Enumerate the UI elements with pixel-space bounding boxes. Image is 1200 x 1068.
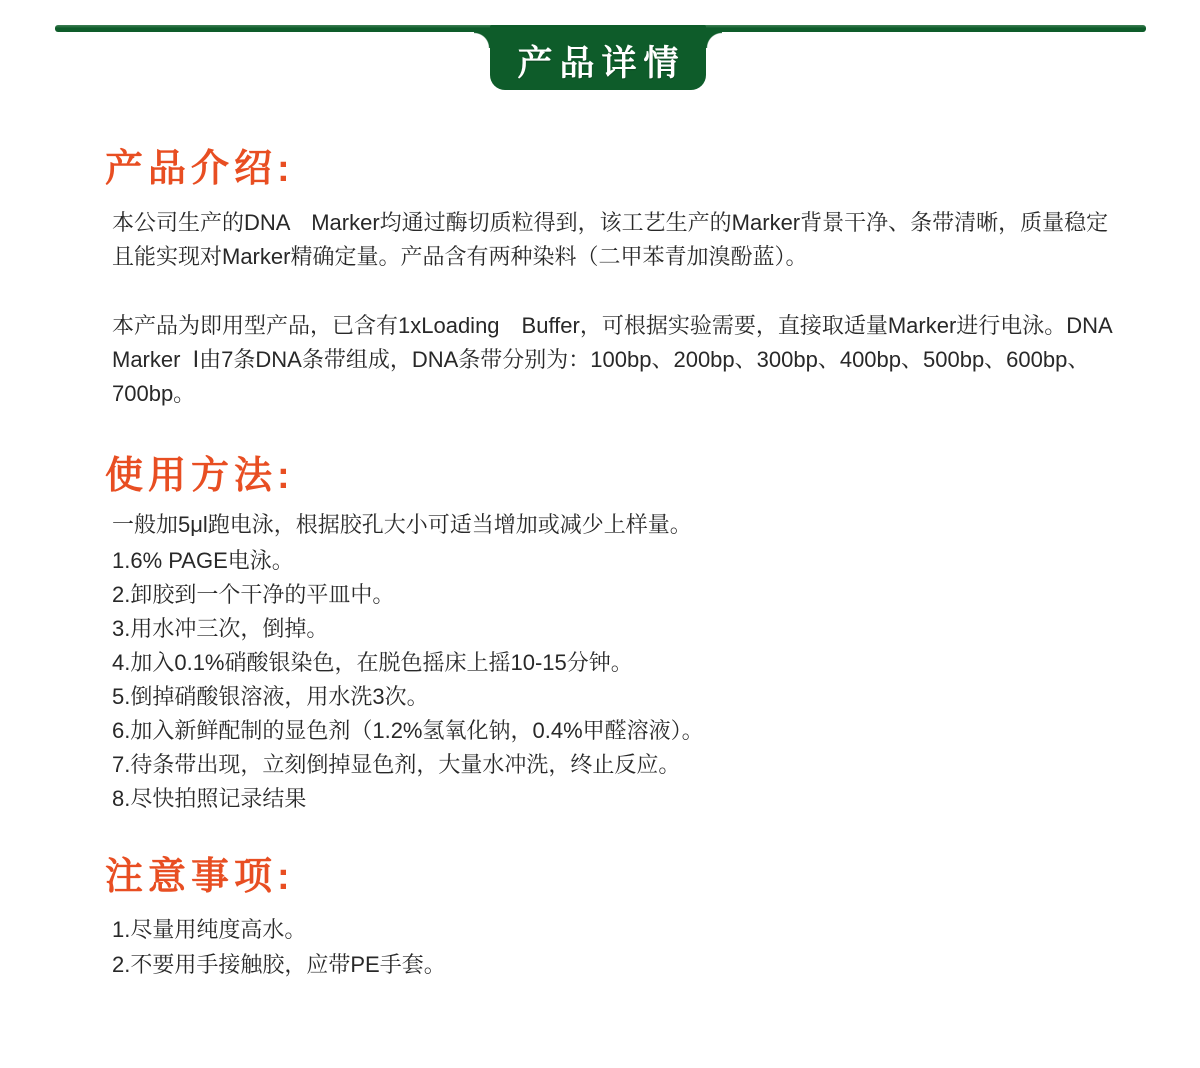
usage-step-7: 7.待条带出现，立刻倒掉显色剂，大量水冲洗，终止反应。 (112, 748, 1115, 782)
usage-step-5: 5.倒掉硝酸银溶液，用水洗3次。 (112, 680, 1115, 714)
product-detail-content: 产品介绍: 本公司生产的DNA Marker均通过酶切质粒得到，该工艺生产的Ma… (0, 0, 1200, 982)
note-item-1: 1.尽量用纯度高水。 (112, 912, 1115, 947)
usage-steps-list: 1.6% PAGE电泳。 2.卸胶到一个干净的平皿中。 3.用水冲三次，倒掉。 … (112, 544, 1115, 816)
intro-paragraph-2: 本产品为即用型产品，已含有1xLoading Buffer，可根据实验需要，直接… (112, 309, 1115, 411)
intro-paragraph-1: 本公司生产的DNA Marker均通过酶切质粒得到，该工艺生产的Marker背景… (112, 206, 1115, 274)
usage-intro-line: 一般加5μl跑电泳，根据胶孔大小可适当增加或减少上样量。 (112, 508, 1115, 542)
usage-step-3: 3.用水冲三次，倒掉。 (112, 612, 1115, 646)
usage-step-6: 6.加入新鲜配制的显色剂（1.2%氢氧化钠，0.4%甲醛溶液）。 (112, 714, 1115, 748)
usage-intro-block: 一般加5μl跑电泳，根据胶孔大小可适当增加或减少上样量。 (112, 508, 1115, 542)
usage-step-4: 4.加入0.1%硝酸银染色，在脱色摇床上摇10-15分钟。 (112, 646, 1115, 680)
section-heading-usage: 使用方法: (105, 454, 1115, 498)
usage-step-8: 8.尽快拍照记录结果 (112, 782, 1115, 816)
note-item-2: 2.不要用手接触胶，应带PE手套。 (112, 947, 1115, 982)
section-heading-product-intro: 产品介绍: (105, 147, 1115, 191)
section-heading-notes: 注意事项: (105, 855, 1115, 899)
notes-list: 1.尽量用纯度高水。 2.不要用手接触胶，应带PE手套。 (112, 912, 1115, 982)
usage-step-1: 1.6% PAGE电泳。 (112, 544, 1115, 578)
usage-step-2: 2.卸胶到一个干净的平皿中。 (112, 578, 1115, 612)
